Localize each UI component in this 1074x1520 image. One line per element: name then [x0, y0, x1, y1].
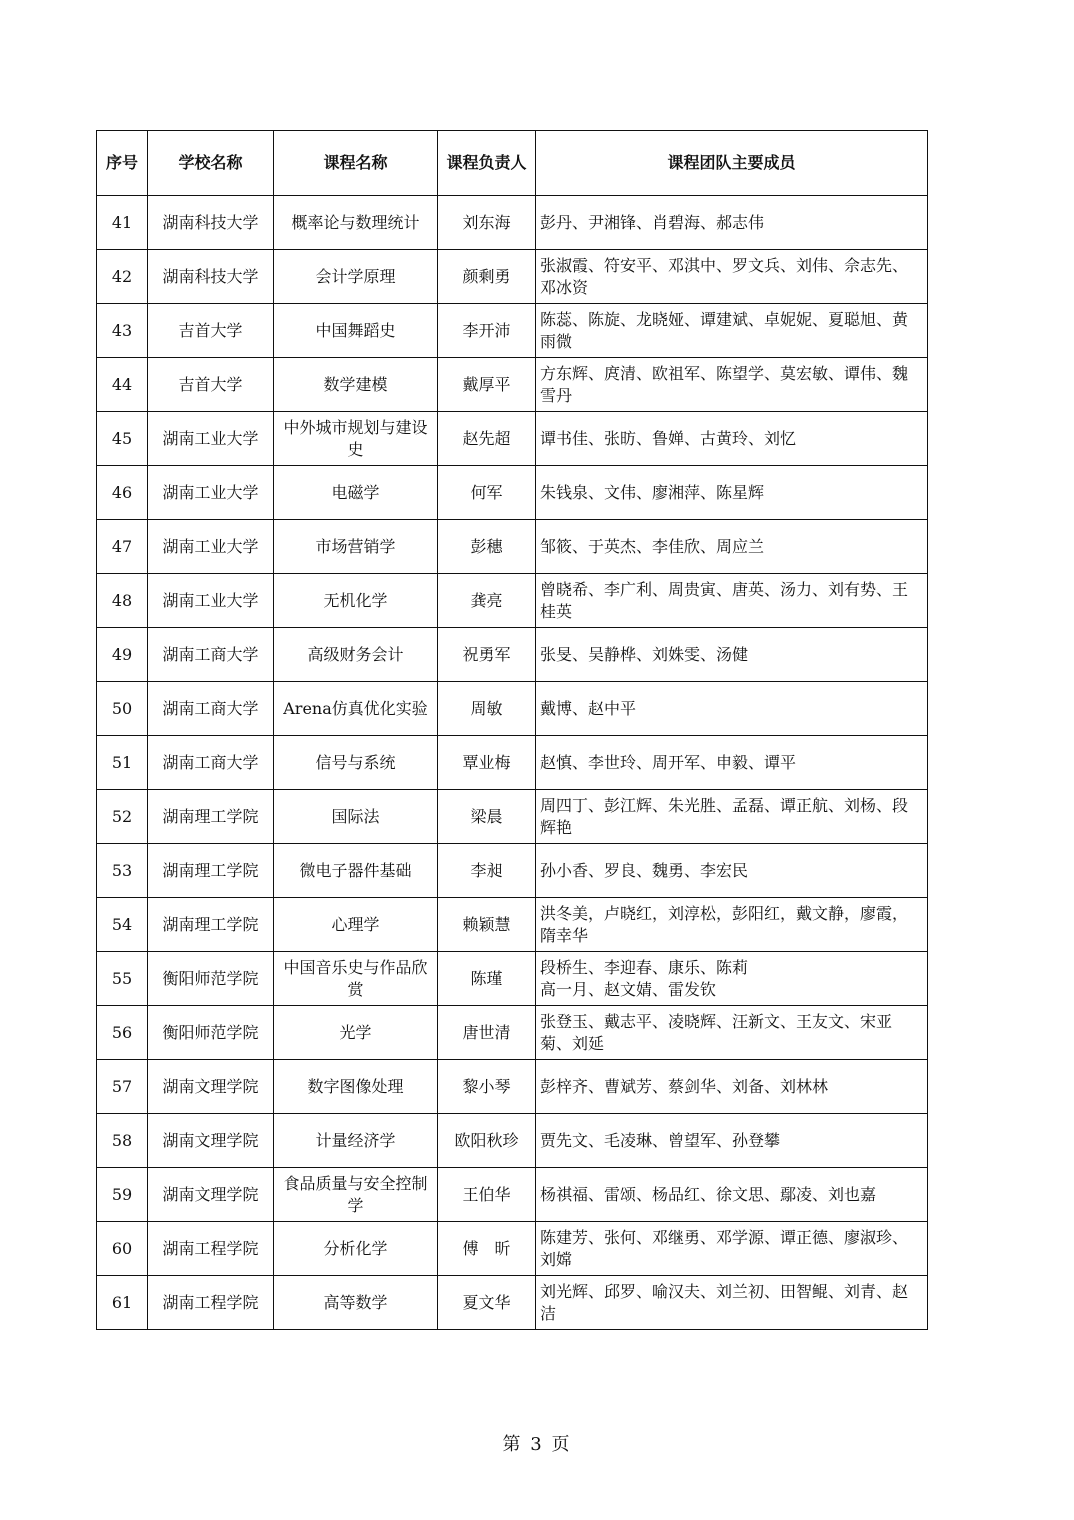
- course-name: 高等数学: [274, 1276, 438, 1330]
- course-name: 数学建模: [274, 358, 438, 412]
- school-name: 湖南工业大学: [148, 574, 274, 628]
- table-row: 57湖南文理学院数字图像处理黎小琴彭梓齐、曹斌芳、蔡剑华、刘备、刘林林: [97, 1060, 928, 1114]
- header-course: 课程名称: [274, 131, 438, 196]
- team-members: 孙小香、罗良、魏勇、李宏民: [536, 844, 928, 898]
- course-lead: 李昶: [438, 844, 536, 898]
- row-number: 41: [97, 196, 148, 250]
- page-number: 第 3 页: [0, 1430, 1074, 1456]
- course-name: 心理学: [274, 898, 438, 952]
- table-row: 59湖南文理学院食品质量与安全控制学王伯华杨祺福、雷颂、杨品红、徐文思、鄢凌、刘…: [97, 1168, 928, 1222]
- row-number: 51: [97, 736, 148, 790]
- row-number: 55: [97, 952, 148, 1006]
- school-name: 衡阳师范学院: [148, 1006, 274, 1060]
- school-name: 湖南工商大学: [148, 628, 274, 682]
- team-members: 张登玉、戴志平、凌晓辉、汪新文、王友文、宋亚菊、刘延: [536, 1006, 928, 1060]
- course-lead: 覃业梅: [438, 736, 536, 790]
- school-name: 吉首大学: [148, 304, 274, 358]
- school-name: 湖南文理学院: [148, 1060, 274, 1114]
- row-number: 60: [97, 1222, 148, 1276]
- course-name: 市场营销学: [274, 520, 438, 574]
- course-lead: 黎小琴: [438, 1060, 536, 1114]
- table-body: 41湖南科技大学概率论与数理统计刘东海彭丹、尹湘锋、肖碧海、郝志伟42湖南科技大…: [97, 196, 928, 1330]
- team-members: 段桥生、李迎春、康乐、陈莉高一月、赵文婧、雷发钦: [536, 952, 928, 1006]
- team-members: 赵慎、李世玲、周开军、申毅、谭平: [536, 736, 928, 790]
- row-number: 42: [97, 250, 148, 304]
- row-number: 43: [97, 304, 148, 358]
- header-lead: 课程负责人: [438, 131, 536, 196]
- course-lead: 刘东海: [438, 196, 536, 250]
- school-name: 湖南工业大学: [148, 466, 274, 520]
- header-number: 序号: [97, 131, 148, 196]
- table-row: 41湖南科技大学概率论与数理统计刘东海彭丹、尹湘锋、肖碧海、郝志伟: [97, 196, 928, 250]
- team-members: 方东辉、庹清、欧祖军、陈望学、莫宏敏、谭伟、魏雪丹: [536, 358, 928, 412]
- course-name: 无机化学: [274, 574, 438, 628]
- course-lead: 王伯华: [438, 1168, 536, 1222]
- table-row: 44吉首大学数学建模戴厚平方东辉、庹清、欧祖军、陈望学、莫宏敏、谭伟、魏雪丹: [97, 358, 928, 412]
- team-members: 曾晓希、李广利、周贵寅、唐英、汤力、刘有势、王桂英: [536, 574, 928, 628]
- school-name: 衡阳师范学院: [148, 952, 274, 1006]
- team-members: 洪冬美，卢晓红，刘淳松，彭阳红，戴文静，廖霞，隋幸华: [536, 898, 928, 952]
- course-name: 中外城市规划与建设史: [274, 412, 438, 466]
- row-number: 53: [97, 844, 148, 898]
- table-row: 61湖南工程学院高等数学夏文华刘光辉、邱罗、喻汉夫、刘兰初、田智鲲、刘青、赵洁: [97, 1276, 928, 1330]
- table-row: 47湖南工业大学市场营销学彭穗邹筱、于英杰、李佳欣、周应兰: [97, 520, 928, 574]
- row-number: 57: [97, 1060, 148, 1114]
- course-name: 中国舞蹈史: [274, 304, 438, 358]
- school-name: 湖南工业大学: [148, 412, 274, 466]
- school-name: 湖南工商大学: [148, 736, 274, 790]
- course-lead: 龚亮: [438, 574, 536, 628]
- row-number: 61: [97, 1276, 148, 1330]
- course-table: 序号 学校名称 课程名称 课程负责人 课程团队主要成员 41湖南科技大学概率论与…: [96, 130, 928, 1330]
- table-row: 48湖南工业大学无机化学龚亮曾晓希、李广利、周贵寅、唐英、汤力、刘有势、王桂英: [97, 574, 928, 628]
- row-number: 59: [97, 1168, 148, 1222]
- table-row: 50湖南工商大学Arena仿真优化实验周敏戴博、赵中平: [97, 682, 928, 736]
- row-number: 44: [97, 358, 148, 412]
- school-name: 吉首大学: [148, 358, 274, 412]
- school-name: 湖南工商大学: [148, 682, 274, 736]
- course-name: 计量经济学: [274, 1114, 438, 1168]
- row-number: 49: [97, 628, 148, 682]
- course-name: 食品质量与安全控制学: [274, 1168, 438, 1222]
- course-lead: 傅 昕: [438, 1222, 536, 1276]
- table-row: 45湖南工业大学中外城市规划与建设史赵先超谭书佳、张昉、鲁婵、古黄玲、刘忆: [97, 412, 928, 466]
- team-members: 张旻、吴静桦、刘姝雯、汤健: [536, 628, 928, 682]
- table-row: 58湖南文理学院计量经济学欧阳秋珍贾先文、毛凌琳、曾望军、孙登攀: [97, 1114, 928, 1168]
- team-members: 彭丹、尹湘锋、肖碧海、郝志伟: [536, 196, 928, 250]
- school-name: 湖南理工学院: [148, 898, 274, 952]
- row-number: 48: [97, 574, 148, 628]
- course-name: 分析化学: [274, 1222, 438, 1276]
- course-lead: 李开沛: [438, 304, 536, 358]
- row-number: 46: [97, 466, 148, 520]
- table-row: 54湖南理工学院心理学赖颖慧洪冬美，卢晓红，刘淳松，彭阳红，戴文静，廖霞，隋幸华: [97, 898, 928, 952]
- table-row: 53湖南理工学院微电子器件基础李昶孙小香、罗良、魏勇、李宏民: [97, 844, 928, 898]
- course-name: 中国音乐史与作品欣赏: [274, 952, 438, 1006]
- team-members: 陈建芳、张何、邓继勇、邓学源、谭正德、廖淑珍、刘嫦: [536, 1222, 928, 1276]
- course-name: 高级财务会计: [274, 628, 438, 682]
- course-lead: 欧阳秋珍: [438, 1114, 536, 1168]
- team-members: 谭书佳、张昉、鲁婵、古黄玲、刘忆: [536, 412, 928, 466]
- header-school: 学校名称: [148, 131, 274, 196]
- school-name: 湖南理工学院: [148, 790, 274, 844]
- course-lead: 戴厚平: [438, 358, 536, 412]
- course-lead: 夏文华: [438, 1276, 536, 1330]
- team-members: 杨祺福、雷颂、杨品红、徐文思、鄢凌、刘也嘉: [536, 1168, 928, 1222]
- school-name: 湖南文理学院: [148, 1168, 274, 1222]
- table-row: 55衡阳师范学院中国音乐史与作品欣赏陈瑾段桥生、李迎春、康乐、陈莉高一月、赵文婧…: [97, 952, 928, 1006]
- team-members: 刘光辉、邱罗、喻汉夫、刘兰初、田智鲲、刘青、赵洁: [536, 1276, 928, 1330]
- team-members: 彭梓齐、曹斌芳、蔡剑华、刘备、刘林林: [536, 1060, 928, 1114]
- school-name: 湖南理工学院: [148, 844, 274, 898]
- row-number: 56: [97, 1006, 148, 1060]
- team-members: 朱钱泉、文伟、廖湘萍、陈星辉: [536, 466, 928, 520]
- document-page: 序号 学校名称 课程名称 课程负责人 课程团队主要成员 41湖南科技大学概率论与…: [0, 0, 1074, 1520]
- header-members: 课程团队主要成员: [536, 131, 928, 196]
- course-name: Arena仿真优化实验: [274, 682, 438, 736]
- table-row: 49湖南工商大学高级财务会计祝勇军张旻、吴静桦、刘姝雯、汤健: [97, 628, 928, 682]
- course-lead: 祝勇军: [438, 628, 536, 682]
- school-name: 湖南文理学院: [148, 1114, 274, 1168]
- row-number: 54: [97, 898, 148, 952]
- course-name: 国际法: [274, 790, 438, 844]
- row-number: 45: [97, 412, 148, 466]
- school-name: 湖南工程学院: [148, 1276, 274, 1330]
- course-name: 概率论与数理统计: [274, 196, 438, 250]
- course-lead: 周敏: [438, 682, 536, 736]
- school-name: 湖南工业大学: [148, 520, 274, 574]
- team-members: 贾先文、毛凌琳、曾望军、孙登攀: [536, 1114, 928, 1168]
- school-name: 湖南工程学院: [148, 1222, 274, 1276]
- course-name: 微电子器件基础: [274, 844, 438, 898]
- table-row: 46湖南工业大学电磁学何军朱钱泉、文伟、廖湘萍、陈星辉: [97, 466, 928, 520]
- row-number: 47: [97, 520, 148, 574]
- course-lead: 赖颖慧: [438, 898, 536, 952]
- table-row: 43吉首大学中国舞蹈史李开沛陈蕊、陈旋、龙晓娅、谭建斌、卓妮妮、夏聪旭、黄雨微: [97, 304, 928, 358]
- course-name: 会计学原理: [274, 250, 438, 304]
- course-lead: 彭穗: [438, 520, 536, 574]
- course-lead: 赵先超: [438, 412, 536, 466]
- team-members: 张淑霞、符安平、邓淇中、罗文兵、刘伟、佘志先、邓冰资: [536, 250, 928, 304]
- table-header-row: 序号 学校名称 课程名称 课程负责人 课程团队主要成员: [97, 131, 928, 196]
- team-members: 戴博、赵中平: [536, 682, 928, 736]
- row-number: 50: [97, 682, 148, 736]
- course-lead: 陈瑾: [438, 952, 536, 1006]
- team-members: 周四丁、彭江辉、朱光胜、孟磊、谭正航、刘杨、段辉艳: [536, 790, 928, 844]
- course-lead: 颜剩勇: [438, 250, 536, 304]
- course-name: 电磁学: [274, 466, 438, 520]
- course-lead: 唐世清: [438, 1006, 536, 1060]
- course-name: 数字图像处理: [274, 1060, 438, 1114]
- table-row: 60湖南工程学院分析化学傅 昕陈建芳、张何、邓继勇、邓学源、谭正德、廖淑珍、刘嫦: [97, 1222, 928, 1276]
- table-row: 51湖南工商大学信号与系统覃业梅赵慎、李世玲、周开军、申毅、谭平: [97, 736, 928, 790]
- team-members: 邹筱、于英杰、李佳欣、周应兰: [536, 520, 928, 574]
- course-name: 信号与系统: [274, 736, 438, 790]
- course-lead: 梁晨: [438, 790, 536, 844]
- table-row: 56衡阳师范学院光学唐世清张登玉、戴志平、凌晓辉、汪新文、王友文、宋亚菊、刘延: [97, 1006, 928, 1060]
- table-row: 52湖南理工学院国际法梁晨周四丁、彭江辉、朱光胜、孟磊、谭正航、刘杨、段辉艳: [97, 790, 928, 844]
- table-row: 42湖南科技大学会计学原理颜剩勇张淑霞、符安平、邓淇中、罗文兵、刘伟、佘志先、邓…: [97, 250, 928, 304]
- row-number: 58: [97, 1114, 148, 1168]
- school-name: 湖南科技大学: [148, 196, 274, 250]
- school-name: 湖南科技大学: [148, 250, 274, 304]
- row-number: 52: [97, 790, 148, 844]
- team-members: 陈蕊、陈旋、龙晓娅、谭建斌、卓妮妮、夏聪旭、黄雨微: [536, 304, 928, 358]
- course-lead: 何军: [438, 466, 536, 520]
- course-name: 光学: [274, 1006, 438, 1060]
